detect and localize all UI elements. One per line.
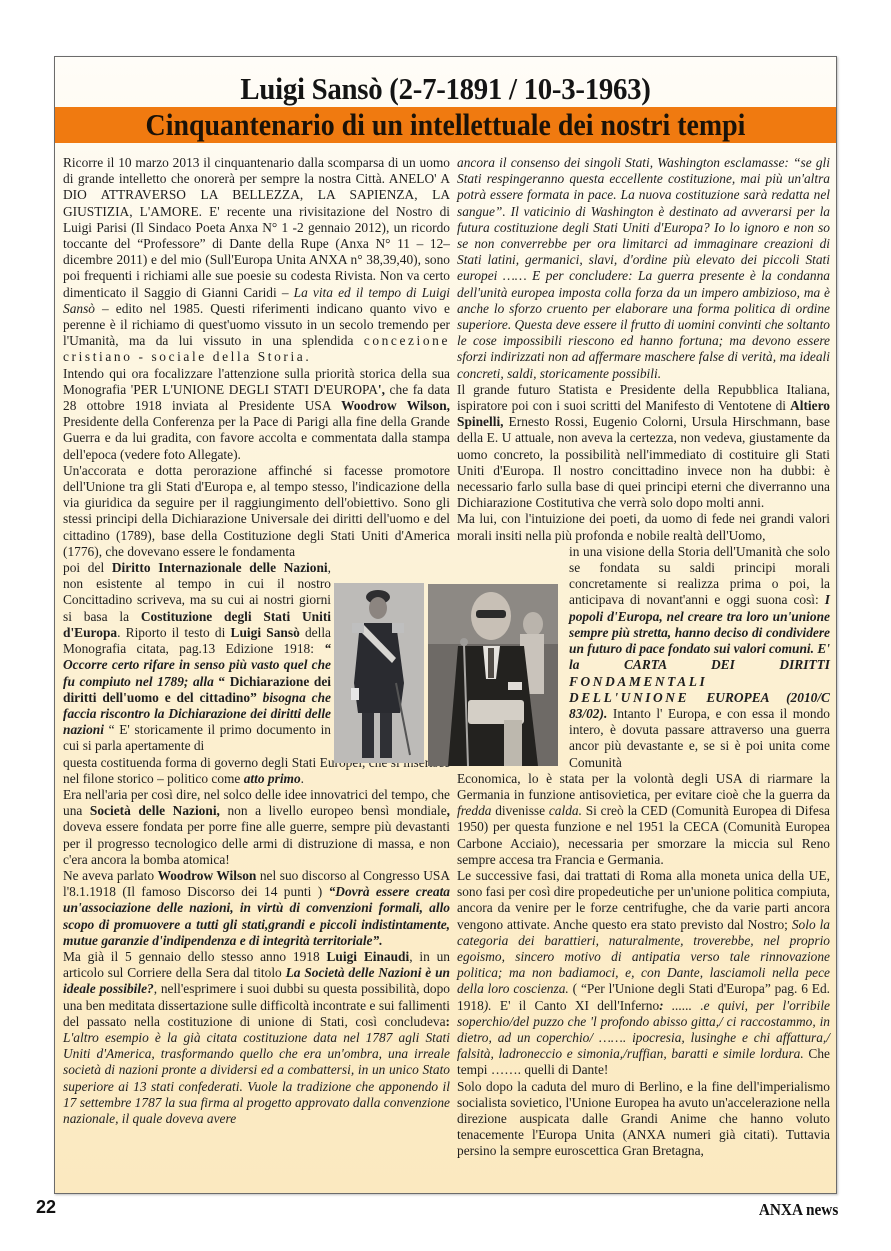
paragraph: Il grande futuro Statista e Presidente d… (457, 382, 830, 512)
paragraph: Era nell'aria per così dire, nel solco d… (63, 787, 450, 868)
paragraph: Ne aveva parlato Woodrow Wilson nel suo … (63, 868, 450, 949)
page-number: 22 (36, 1197, 56, 1218)
paragraph: Le successive fasi, dai trattati di Roma… (457, 868, 830, 1079)
subtitle-banner: Cinquantenario di un intellettuale dei n… (55, 107, 836, 143)
paragraph: poi del Diritto Internazionale delle Naz… (63, 560, 331, 754)
paragraph: in una visione della Storia dell'Umanità… (569, 544, 830, 771)
paragraph: Ma lui, con l'intuizione dei poeti, da u… (457, 511, 830, 543)
paragraph: Solo dopo la caduta del muro di Berlino,… (457, 1079, 830, 1160)
photo-officer-uniform (334, 583, 424, 763)
publication-name: ANXA news (759, 1200, 838, 1220)
officer-figure-icon (334, 583, 424, 763)
paragraph: ancora il consenso dei singoli Stati, Wa… (457, 155, 830, 382)
article-subtitle: Cinquantenario di un intellettuale dei n… (94, 107, 797, 143)
paragraph: Un'accorata e dotta perorazione affinché… (63, 463, 450, 560)
article-frame: Luigi Sansò (2-7-1891 / 10-3-1963) Cinqu… (54, 56, 837, 1194)
article-title: Luigi Sansò (2-7-1891 / 10-3-1963) (82, 71, 808, 107)
paragraph: Ma già il 5 gennaio dello stesso anno 19… (63, 949, 450, 1127)
paragraph: Economica, lo è stata per la volontà deg… (457, 771, 830, 868)
right-column: ancora il consenso dei singoli Stati, Wa… (457, 155, 830, 1160)
paragraph: Intendo qui ora focalizzare l'attenzione… (63, 366, 450, 463)
paragraph: Ricorre il 10 marzo 2013 il cinquantenar… (63, 155, 450, 366)
